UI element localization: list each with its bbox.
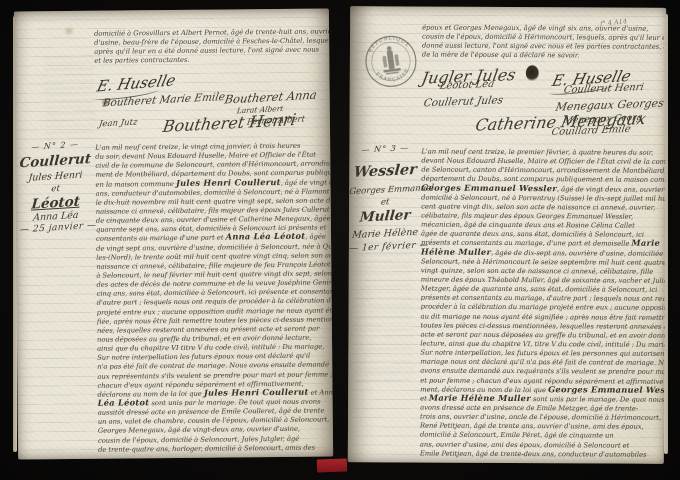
signature: Jugler Jules — [420, 65, 517, 88]
scanned-register-photo: { "colors":{"paper":"#ebe6d8","ink":"#45… — [0, 0, 680, 480]
signature: Jean Jutz — [98, 117, 138, 129]
signature: Boutheret Henri — [162, 110, 298, 136]
manuscript-line: Emile Petitjean, âgé de trente-deux ans,… — [420, 448, 664, 458]
signature-block-act1: Boutheret Marie EmileBoutheret AnnaLarat… — [96, 72, 332, 140]
margin-header-act2: — N° 2 — Coullerut Jules Henri et Léotot… — [19, 141, 92, 242]
previous-act-ending-text: domicilié à Grosvillars et Albert Pernot… — [94, 26, 332, 65]
signature: Coullerut Henri — [563, 82, 645, 96]
act2-ending-text: époux et Georges Menegaux, âgé de vingt … — [422, 23, 664, 61]
signature-block-act2: Leotot LéaCoullerut JulesCatherine Meneg… — [421, 67, 665, 148]
groom-given-names: Georges Emmanuel — [349, 184, 422, 197]
republique-francaise-round-stamp-icon: RÉPUBLIQUE FRANÇAISE — [361, 31, 422, 92]
signature: Coullerut Jules — [423, 94, 504, 109]
manuscript-line: et les parties contractantes. — [94, 54, 332, 65]
manuscript-line: de trente-quatre ans, horloger, domicili… — [98, 442, 333, 453]
act3-body-text: L'an mil neuf cent treize, le premier fé… — [420, 147, 666, 459]
bride-surname: Muller — [348, 207, 421, 226]
act-date: — 1er février — — [349, 241, 422, 254]
act-number: — N° 3 — — [349, 143, 422, 155]
manuscript-line: de la mère de l'épouse qui a déclaré ne … — [422, 50, 664, 60]
left-page: domicilié à Grosvillars et Albert Pernot… — [14, 8, 333, 459]
foxing-spot — [62, 27, 76, 35]
bride-given-names: Marie Hélène — [349, 227, 422, 241]
verso-bleed-through — [43, 50, 95, 141]
right-page: f° 4 A14 RÉPUBLIQUE FRANÇAISE époux et G… — [348, 6, 666, 464]
act2-body-text: L'an mil neuf cent treize, le vingt cinq… — [95, 140, 333, 453]
signature: Couillard Emile — [551, 124, 632, 138]
stamp-figure — [380, 45, 401, 75]
groom-surname: Coullerut — [19, 151, 92, 172]
signature: Menegaux Georges — [555, 96, 665, 113]
red-bookmark-ribbon — [317, 458, 347, 472]
margin-header-act3: — N° 3 — Wessler Georges Emmanuel et Mul… — [349, 144, 422, 264]
act-number: — N° 2 — — [19, 139, 92, 153]
groom-surname: Wessler — [349, 161, 423, 181]
